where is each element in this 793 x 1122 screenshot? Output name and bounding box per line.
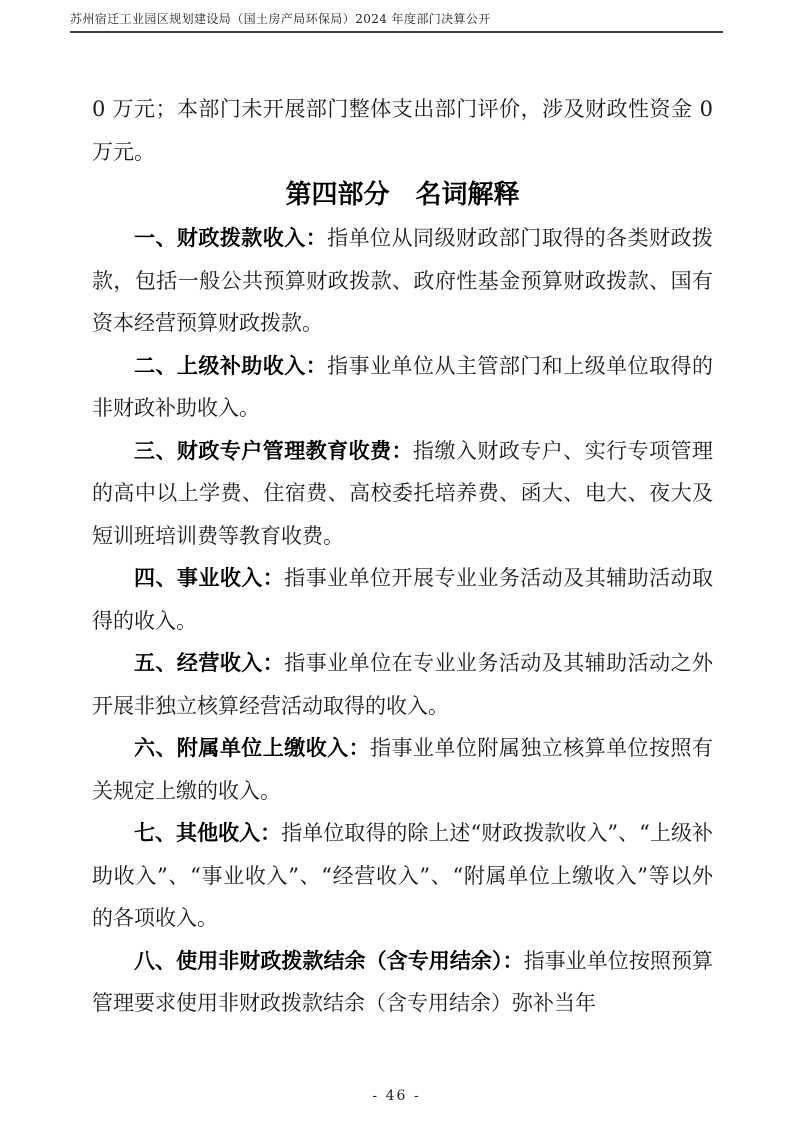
page-footer: - 46 -: [0, 1085, 793, 1104]
term-paragraph-8: 八、使用非财政拨款结余（含专用结余）：指事业单位按照预算管理要求使用非财政拨款结…: [92, 940, 713, 1025]
page-header: 苏州宿迁工业园区规划建设局（国土房产局环保局）2024 年度部门决算公开: [70, 12, 723, 33]
document-page: 苏州宿迁工业园区规划建设局（国土房产局环保局）2024 年度部门决算公开 0 万…: [0, 0, 793, 1122]
term-paragraph-4: 四、事业收入：指事业单位开展专业业务活动及其辅助活动取得的收入。: [92, 557, 713, 642]
section-title: 第四部分 名词解释: [92, 173, 713, 217]
term-lead: 三、财政专户管理教育收费：: [134, 438, 413, 463]
term-lead: 六、附属单位上缴收入：: [134, 735, 370, 760]
header-title: 苏州宿迁工业园区规划建设局（国土房产局环保局）2024 年度部门决算公开: [70, 12, 723, 27]
term-paragraph-5: 五、经营收入：指事业单位在专业业务活动及其辅助活动之外开展非独立核算经营活动取得…: [92, 642, 713, 727]
intro-paragraph: 0 万元；本部门未开展部门整体支出部门评价，涉及财政性资金 0 万元。: [92, 88, 713, 173]
page-number: - 46 -: [372, 1088, 420, 1104]
term-lead: 二、上级补助收入：: [134, 353, 327, 378]
term-lead: 一、财政拨款收入：: [134, 225, 327, 250]
term-paragraph-3: 三、财政专户管理教育收费：指缴入财政专户、实行专项管理的高中以上学费、住宿费、高…: [92, 430, 713, 558]
term-lead: 四、事业收入：: [134, 565, 284, 590]
term-paragraph-1: 一、财政拨款收入：指单位从同级财政部门取得的各类财政拨款，包括一般公共预算财政拨…: [92, 217, 713, 345]
term-paragraph-6: 六、附属单位上缴收入：指事业单位附属独立核算单位按照有关规定上缴的收入。: [92, 727, 713, 812]
term-lead: 五、经营收入：: [134, 650, 284, 675]
term-paragraph-2: 二、上级补助收入：指事业单位从主管部门和上级单位取得的非财政补助收入。: [92, 345, 713, 430]
term-lead: 七、其他收入：: [134, 820, 281, 845]
document-body: 0 万元；本部门未开展部门整体支出部门评价，涉及财政性资金 0 万元。 第四部分…: [92, 88, 713, 1025]
term-lead: 八、使用非财政拨款结余（含专用结余）：: [134, 948, 524, 973]
term-paragraph-7: 七、其他收入：指单位取得的除上述“财政拨款收入”、“上级补助收入”、“事业收入”…: [92, 812, 713, 940]
